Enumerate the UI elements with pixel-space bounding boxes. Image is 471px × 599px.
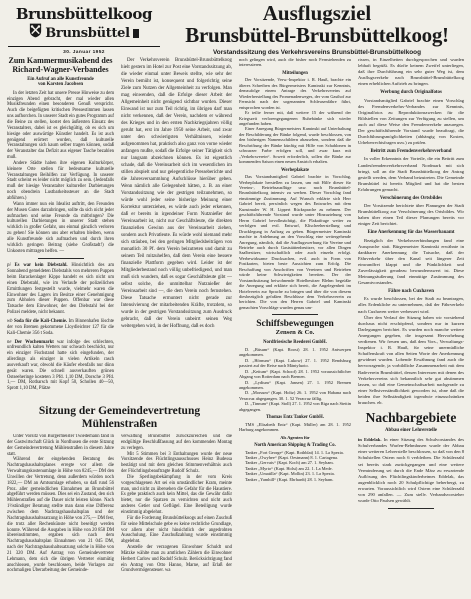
column-2: Der Verkehrsverein Brunsbüttel-Brunsbütt…: [121, 57, 232, 402]
column-4-body: rissen, in Einzelheiten durchgesprochen …: [358, 57, 464, 509]
shipping-entry: D. „Morsum“ (Kapt. Holtz) 26. 1. 1952 vo…: [239, 390, 351, 401]
section-subhead: Abbau einer Lehrerstelle: [358, 428, 464, 434]
masthead-title-bottom: Brunsbüttel: [45, 26, 130, 41]
section-subhead: Werbung durch Originalfotos: [358, 90, 464, 96]
divider: [388, 508, 434, 509]
section-headline: Nachbargebiete: [358, 411, 464, 425]
paragraph: Es wurde beschlossen, bei der Stadt zu b…: [358, 296, 464, 314]
brief-lead-in: Soda für die Kali-Chemie.: [14, 319, 69, 324]
masthead: Brunsbüttelkoog Brunsbüttel 30. Januar 1…: [8, 6, 160, 55]
shipping-entry: Tanker „Yamhill“ (Kapt. Ehrhardt) 28. 1.…: [239, 477, 351, 482]
lead-headline-line2: Brunsbüttel-Brunsbüttelkoog!: [166, 24, 468, 46]
paragraph: Wann immer nun ein Idealist auftritt, de…: [7, 202, 114, 255]
shipping-entry: D. „Lydium“ (Kapt. Jansen) 27. 1. 1952 B…: [239, 380, 351, 391]
paragraph: Vorstandsmitglied Gabriel brachte einen …: [358, 98, 464, 147]
lead-subhead: Vorstandssitzung des Verkehrsvereins Bru…: [166, 49, 468, 56]
brief-signature: pi: [7, 263, 15, 268]
masthead-end-block: [133, 29, 139, 38]
masthead-title-row: Brunsbüttel: [8, 23, 160, 43]
section-subhead: Nordfriesische Reederei GmbH.: [239, 340, 351, 345]
divider: [38, 258, 84, 259]
section-headline: Schiffsbewegungen: [239, 319, 351, 329]
article-gemeindevertretung: Sitzung der Gemeindevertretung Mühlenstr…: [7, 405, 232, 599]
section-subhead: Mitteilungen: [239, 71, 351, 76]
section-subheadline: Zensen & Co.: [239, 329, 351, 337]
sitzung-column-b: verwaltung Brunsbüttel zurückzureichen u…: [121, 434, 232, 594]
paragraph: noch gelingen wird, auch die bisher noch…: [239, 57, 351, 68]
paragraph: Das Vorstandsmitglied Gabriel brachte in…: [239, 174, 351, 310]
column-1-body: In der letzten Zeit hat unsere Presse Hi…: [7, 91, 114, 392]
paragraph: Über den Verlauf der Sitzung haben wir v…: [358, 315, 464, 406]
sitzung-column-a: Unter Vorsitz von Bürgermeister Twiedema…: [7, 434, 114, 594]
section-subhead: Verschönerung des Ortsbildes: [358, 196, 464, 202]
masthead-rule: [8, 46, 160, 47]
brief-lead-in: Es war kein Diebstahl.: [15, 263, 72, 268]
masthead-title-top: Brunsbüttelkoog: [8, 6, 160, 22]
paragraph: In der letzten Zeit hat unsere Presse Hi…: [7, 91, 114, 161]
coat-of-arms-icon: [29, 23, 42, 43]
paragraph: Die Sperlingsbekämpfung in der vom Kreis…: [121, 475, 232, 516]
byline-line2: von Karsten Jacobsen: [38, 82, 83, 87]
divider: [272, 314, 318, 315]
lead-headline-block: Ausflugsziel Brunsbüttel-Brunsbüttelkoog…: [166, 3, 468, 56]
paragraph: Anstelle der verzogenen Einwohner Schuld…: [121, 545, 232, 574]
issue-date: 30. Januar 1952: [8, 50, 160, 55]
news-brief: ne Der Wochenmarkt war infolge des schle…: [7, 340, 114, 393]
paragraph: Mit 5 Stimmen bei 3 Enthaltungen wurde d…: [121, 452, 232, 475]
sitzung-columns: Unter Vorsitz von Bürgermeister Twiedema…: [7, 434, 232, 594]
paragraph: Der Verkehrsverein Brunsbüttel-Brunsbütt…: [121, 57, 232, 330]
section-subhead: Thomas Entz Tanker GmbH.: [239, 415, 351, 420]
paragraph: Während der eingehenden Beratung des Nac…: [7, 457, 114, 574]
paragraph: verwaltung Brunsbüttel zurückzureichen u…: [121, 434, 232, 452]
brief-signature: ne: [7, 340, 15, 345]
sitzung-headline-line1: Sitzung der Gemeindevertretung: [39, 405, 200, 417]
paragraph: In voller Erkenntnis der Vorteile, die e…: [358, 156, 464, 193]
shipping-entry: D. „Büsum“ (Kapt. Roost) 28. 1. 1952 Ant…: [239, 347, 351, 358]
shipping-entry: D. „Tinnum“ (Kapt. Stoll) 27. 1. 1952 vo…: [239, 401, 351, 412]
byline-line1: Ein Aufruf an alle Kunstfreunde: [27, 77, 94, 82]
shipping-entry: TMS „Elisabeth Entz“ (Kapt. Müller) am 2…: [239, 422, 351, 433]
article-byline: Ein Aufruf an alle Kunstfreunde von Kars…: [7, 77, 114, 88]
newspaper-page: Brunsbüttelkoog Brunsbüttel 30. Januar 1…: [0, 0, 471, 599]
paragraph: Der Vorsitzende, Verw.-Inspektor i. R. H…: [239, 77, 351, 110]
paragraph: rissen, in Einzelheiten durchgesprochen …: [358, 57, 464, 87]
section-subhead: North American Shipping & Trading Co.: [239, 443, 351, 448]
paragraph: Er teilte ferner mit, daß weitere 15 der…: [239, 110, 351, 126]
paragraph: Einer Anregung Bürgermeisters Kaminski a…: [239, 126, 351, 164]
paragraph: Unter Vorsitz von Bürgermeister Twiedema…: [7, 434, 114, 457]
column-3-body: noch gelingen wird, auch die bisher noch…: [239, 57, 351, 482]
news-brief: in Eddelak. In einer Sitzung des Schulvo…: [358, 437, 464, 504]
news-brief: pi Es war kein Diebstahl. Hinsichtlich d…: [7, 263, 114, 316]
article-headline-kammermusik: Zum Kammermusikabend des Richard-Wagner-…: [7, 57, 114, 75]
paragraph: Andere Städte haben ihre eigenen Kulturk…: [7, 161, 114, 202]
paragraph: Bezüglich der Verkehrsverbindungen fand …: [358, 238, 464, 287]
lead-headline-line1: Ausflugsziel: [166, 3, 468, 24]
paragraph: Für die Forderung Brunsbüttelkoogs auf e…: [121, 516, 232, 545]
sitzung-headline-line2: Mühlenstraßen: [82, 418, 157, 430]
column-1: Zum Kammermusikabend des Richard-Wagner-…: [7, 57, 114, 402]
section-subhead: Beitritt zum Fremdenverkehrsverband: [358, 149, 464, 155]
brief-lead-in: Der Wochenmarkt: [15, 340, 57, 345]
paragraph: Der Vorsitzende berichtete über Planunge…: [358, 203, 464, 227]
section-subhead: Eine Anerkennung für das Wasserbauamt: [358, 230, 464, 236]
shipping-entry: D. „Hörnum“ (Kapt. Lukow) 27. 1. 1952 Re…: [239, 358, 351, 369]
shipping-entry: Tanker „Umatilla“ (Kapt. Mollin) 23. 1. …: [239, 471, 351, 476]
column-3: noch gelingen wird, auch die bisher noch…: [239, 57, 351, 597]
section-subhead: Werbeplakate: [239, 168, 351, 173]
lead-article-body: Der Verkehrsverein Brunsbüttel-Brunsbütt…: [121, 57, 232, 330]
column-4: rissen, in Einzelheiten durchgesprochen …: [358, 57, 464, 597]
sitzung-headline: Sitzung der Gemeindevertretung Mühlenstr…: [7, 405, 232, 430]
section-subhead-small: Als Agenten für: [239, 435, 351, 440]
brief-signature: wb: [7, 319, 14, 324]
brief-lead-in: in Eddelak.: [358, 437, 384, 442]
section-subhead: Fähre nach Cuxhaven: [358, 289, 464, 295]
shipping-entry: D. „Keitum“ (Kapt. Schoof) 28. 1. 1952 v…: [239, 369, 351, 380]
news-brief: wb Soda für die Kali-Chemie. Im Binnenha…: [7, 319, 114, 337]
